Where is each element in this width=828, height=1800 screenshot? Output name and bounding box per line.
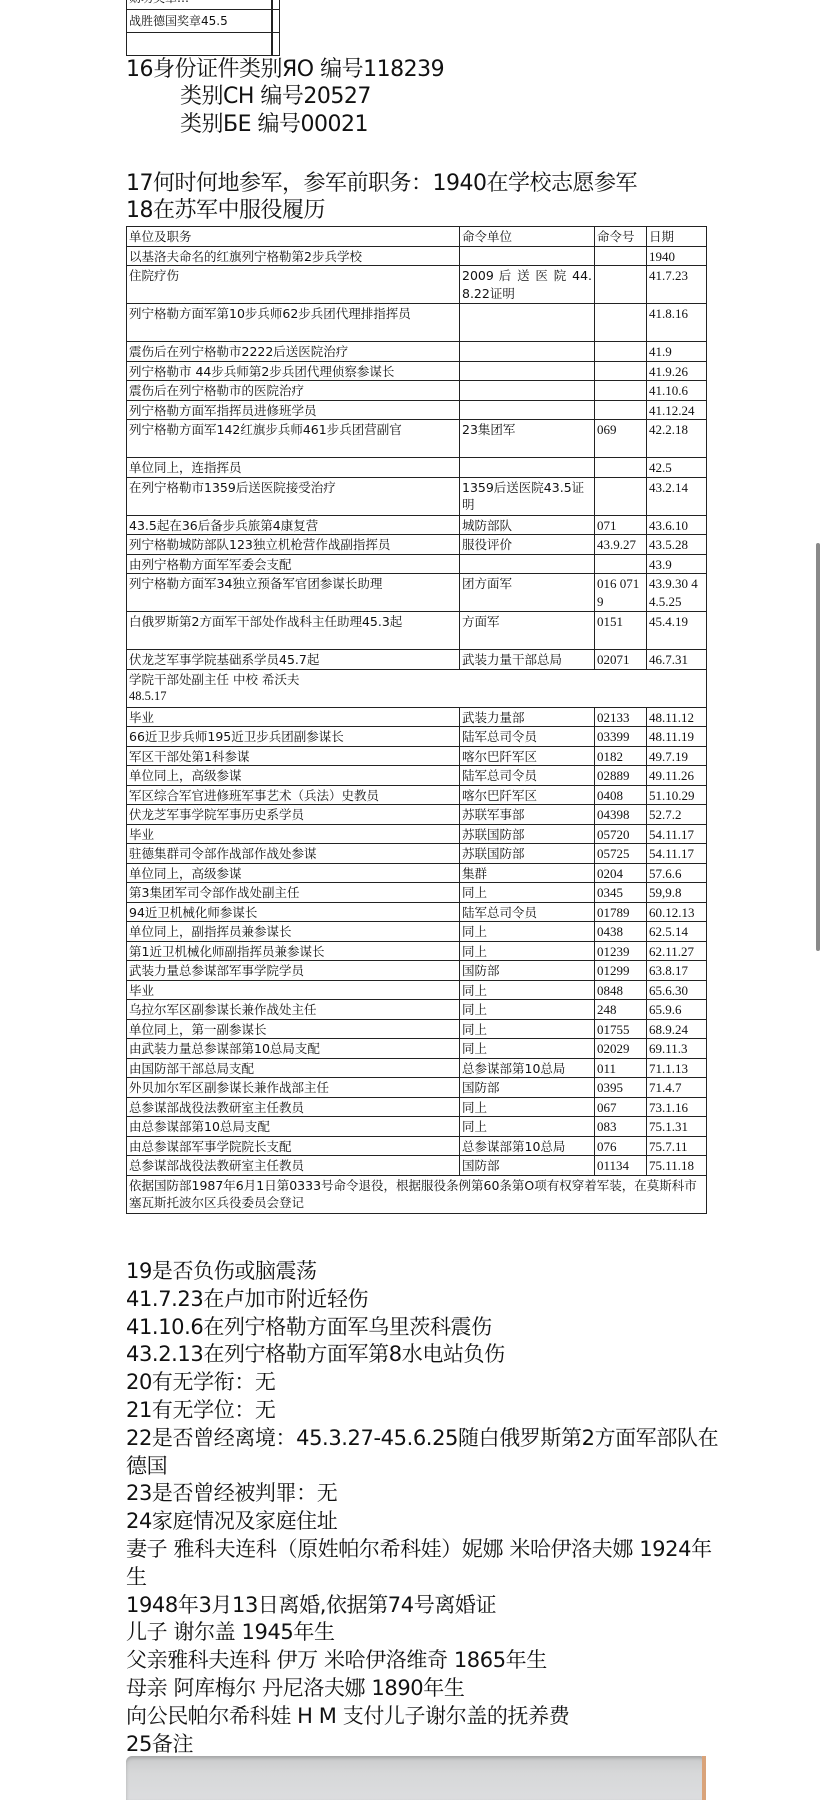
unit-position-cell: 白俄罗斯第2方面军干部处作战科主任助理45.3起 <box>127 612 460 650</box>
order-unit-cell <box>460 458 595 478</box>
wound-item: 41.10.6在列宁格勒方面军乌里茨科震伤 <box>126 1314 726 1342</box>
date-cell: 42.2.18 <box>647 420 707 458</box>
order-unit-cell: 同上 <box>460 883 595 903</box>
order-number-cell: 071 <box>595 515 647 535</box>
unit-position-cell: 军区干部处第1科参谋 <box>127 746 460 766</box>
order-unit-cell: 陆军总司令员 <box>460 902 595 922</box>
unit-position-cell: 单位同上，连指挥员 <box>127 458 460 478</box>
personal-info-section: 19是否负伤或脑震荡 41.7.23在卢加市附近轻伤 41.10.6在列宁格勒方… <box>126 1258 726 1758</box>
family-line: 1948年3月13日离婚,依据第74号离婚证 <box>126 1592 726 1620</box>
date-cell: 54.11.17 <box>647 824 707 844</box>
table-row: 毕业苏联国防部0572054.11.17 <box>127 824 707 844</box>
table-row: 军区干部处第1科参谋喀尔巴阡军区018249.7.19 <box>127 746 707 766</box>
table-row: 毕业武装力量部0213348.11.12 <box>127 707 707 727</box>
awards-table: 勋功奖章… 战胜德国奖章45.5 <box>126 0 280 56</box>
order-unit-cell: 国防部 <box>460 961 595 981</box>
order-unit-cell <box>460 246 595 266</box>
table-row: 由总参谋部军事学院院长支配总参谋部第10总局07675.7.11 <box>127 1136 707 1156</box>
order-number-cell: 02029 <box>595 1039 647 1059</box>
order-unit-cell: 同上 <box>460 1019 595 1039</box>
document-page: 勋功奖章… 战胜德国奖章45.5 16身份证件类别ЯО 编号118239 类别С… <box>0 0 828 1800</box>
order-number-cell <box>595 400 647 420</box>
award-spacer-cell <box>272 33 280 56</box>
column-header: 单位及职务 <box>127 227 460 247</box>
order-unit-cell: 武装力量部 <box>460 707 595 727</box>
date-cell: 41.12.24 <box>647 400 707 420</box>
order-number-cell <box>595 361 647 381</box>
order-unit-cell <box>460 554 595 574</box>
table-row: 列宁格勒方面军指挥员进修班学员41.12.24 <box>127 400 707 420</box>
wound-item: 43.2.13在列宁格勒方面军第8水电站负伤 <box>126 1341 726 1369</box>
order-unit-cell: 陆军总司令员 <box>460 766 595 786</box>
date-cell: 62.11.27 <box>647 941 707 961</box>
table-row: 单位同上，副指挥员兼参谋长同上043862.5.14 <box>127 922 707 942</box>
order-unit-cell: 喀尔巴阡军区 <box>460 785 595 805</box>
service-history-body: 单位及职务命令单位命令号日期以基洛夫命名的红旗列宁格勒第2步兵学校1940住院疗… <box>127 227 707 1214</box>
table-header-row: 单位及职务命令单位命令号日期 <box>127 227 707 247</box>
order-unit-cell: 同上 <box>460 1000 595 1020</box>
date-cell: 43.6.10 <box>647 515 707 535</box>
order-unit-cell: 同上 <box>460 980 595 1000</box>
table-row: 总参谋部战役法教研室主任教员国防部0113475.11.18 <box>127 1156 707 1176</box>
order-unit-cell: 总参谋部第10总局 <box>460 1058 595 1078</box>
date-cell: 52.7.2 <box>647 805 707 825</box>
order-unit-cell: 城防部队 <box>460 515 595 535</box>
retirement-note-row: 依据国防部1987年6月1日第0333号命令退役，根据服役条例第60条第O项有权… <box>127 1175 707 1213</box>
order-number-cell <box>595 458 647 478</box>
table-row: 在列宁格勒市1359后送医院接受治疗1359后送医院43.5证明43.2.14 <box>127 477 707 515</box>
family-line: 妻子 雅科夫连科（原姓帕尔希科娃）妮娜 米哈伊洛夫娜 1924年生 <box>126 1536 726 1592</box>
column-header: 命令单位 <box>460 227 595 247</box>
order-unit-cell: 喀尔巴阡军区 <box>460 746 595 766</box>
date-cell: 43.9.30 44.5.25 <box>647 574 707 612</box>
date-cell: 68.9.24 <box>647 1019 707 1039</box>
unit-position-cell: 伏龙芝军事学院军事历史系学员 <box>127 805 460 825</box>
unit-position-cell: 震伤后在列宁格勒市2222后送医院治疗 <box>127 342 460 362</box>
date-cell: 51.10.29 <box>647 785 707 805</box>
date-cell: 42.5 <box>647 458 707 478</box>
order-unit-cell: 同上 <box>460 941 595 961</box>
order-number-cell: 0204 <box>595 863 647 883</box>
date-cell: 57.6.6 <box>647 863 707 883</box>
table-row: 军区综合军官进修班军事艺术（兵法）史教员喀尔巴阡军区040851.10.29 <box>127 785 707 805</box>
table-row: 由国防部干部总局支配总参谋部第10总局01171.1.13 <box>127 1058 707 1078</box>
order-number-cell: 0151 <box>595 612 647 650</box>
unit-position-cell: 以基洛夫命名的红旗列宁格勒第2步兵学校 <box>127 246 460 266</box>
unit-position-cell: 武装力量总参谋部军事学院学员 <box>127 961 460 981</box>
order-unit-cell: 武装力量干部总局 <box>460 650 595 670</box>
order-unit-cell: 团方面军 <box>460 574 595 612</box>
unit-position-cell: 由总参谋部第10总局支配 <box>127 1117 460 1137</box>
date-cell: 62.5.14 <box>647 922 707 942</box>
order-number-cell <box>595 304 647 342</box>
unit-position-cell: 由武装力量总参谋部第10总局支配 <box>127 1039 460 1059</box>
date-cell: 43.2.14 <box>647 477 707 515</box>
date-cell: 41.9.26 <box>647 361 707 381</box>
table-row: 毕业同上084865.6.30 <box>127 980 707 1000</box>
table-row: 94近卫机械化师参谋长陆军总司令员0178960.12.13 <box>127 902 707 922</box>
academic-rank-line: 20有无学衔：无 <box>126 1369 726 1397</box>
order-number-cell: 01299 <box>595 961 647 981</box>
unit-position-cell: 毕业 <box>127 980 460 1000</box>
order-number-cell <box>595 342 647 362</box>
order-number-cell: 248 <box>595 1000 647 1020</box>
order-number-cell: 069 <box>595 420 647 458</box>
order-unit-cell: 1359后送医院43.5证明 <box>460 477 595 515</box>
order-unit-cell: 同上 <box>460 1117 595 1137</box>
table-row: 由列宁格勒方面军军委会支配43.9 <box>127 554 707 574</box>
order-unit-cell: 国防部 <box>460 1078 595 1098</box>
table-row: 单位同上，高级参谋集群020457.6.6 <box>127 863 707 883</box>
unit-position-cell: 震伤后在列宁格勒市的医院治疗 <box>127 381 460 401</box>
date-cell: 48.11.19 <box>647 727 707 747</box>
date-cell: 49.7.19 <box>647 746 707 766</box>
order-number-cell: 0408 <box>595 785 647 805</box>
order-number-cell: 083 <box>595 1117 647 1137</box>
order-number-cell: 03399 <box>595 727 647 747</box>
date-cell: 59,9.8 <box>647 883 707 903</box>
family-line: 父亲雅科夫连科 伊万 米哈伊洛维奇 1865年生 <box>126 1647 726 1675</box>
retirement-note-cell: 依据国防部1987年6月1日第0333号命令退役，根据服役条例第60条第O项有权… <box>127 1175 707 1213</box>
table-row: 伏龙芝军事学院基础系学员45.7起武装力量干部总局0207146.7.31 <box>127 650 707 670</box>
table-row: 列宁格勒城防部队123独立机枪营作战副指挥员服役评价43.9.2743.5.28 <box>127 535 707 555</box>
unit-position-cell: 伏龙芝军事学院基础系学员45.7起 <box>127 650 460 670</box>
order-unit-cell: 集群 <box>460 863 595 883</box>
order-number-cell: 0345 <box>595 883 647 903</box>
unit-position-cell: 总参谋部战役法教研室主任教员 <box>127 1156 460 1176</box>
date-cell: 41.8.16 <box>647 304 707 342</box>
order-unit-cell: 服役评价 <box>460 535 595 555</box>
order-number-cell: 01239 <box>595 941 647 961</box>
column-header: 命令号 <box>595 227 647 247</box>
order-unit-cell <box>460 342 595 362</box>
wounds-title: 19是否负伤或脑震荡 <box>126 1258 726 1286</box>
order-number-cell: 076 <box>595 1136 647 1156</box>
unit-position-cell: 列宁格勒方面军34独立预备军官团参谋长助理 <box>127 574 460 612</box>
table-row: 第3集团军司令部作战处副主任同上034559,9.8 <box>127 883 707 903</box>
order-unit-cell: 陆军总司令员 <box>460 727 595 747</box>
table-row: 总参谋部战役法教研室主任教员同上06773.1.16 <box>127 1097 707 1117</box>
order-number-cell: 04398 <box>595 805 647 825</box>
family-line: 儿子 谢尔盖 1945年生 <box>126 1619 726 1647</box>
order-unit-cell: 2009 后 送 医 院 44.8.22证明 <box>460 266 595 304</box>
enlistment-line: 17何时何地参军，参军前职务：1940在学校志愿参军 <box>126 171 637 197</box>
date-cell: 43.5.28 <box>647 535 707 555</box>
order-unit-cell <box>460 400 595 420</box>
unit-position-cell: 外贝加尔军区副参谋长兼作战部主任 <box>127 1078 460 1098</box>
table-row: 武装力量总参谋部军事学院学员国防部0129963.8.17 <box>127 961 707 981</box>
table-row: 单位同上，第一副参谋长同上0175568.9.24 <box>127 1019 707 1039</box>
unit-position-cell: 列宁格勒方面军指挥员进修班学员 <box>127 400 460 420</box>
order-number-cell: 0182 <box>595 746 647 766</box>
order-number-cell: 01789 <box>595 902 647 922</box>
order-number-cell: 05720 <box>595 824 647 844</box>
unit-position-cell: 第3集团军司令部作战处副主任 <box>127 883 460 903</box>
unit-position-cell: 列宁格勒方面军142红旗步兵师461步兵团营副官 <box>127 420 460 458</box>
date-cell: 41.7.23 <box>647 266 707 304</box>
order-number-cell: 05725 <box>595 844 647 864</box>
unit-position-cell: 由列宁格勒方面军军委会支配 <box>127 554 460 574</box>
service-history-title: 18在苏军中服役履历 <box>126 198 325 224</box>
service-history-table: 单位及职务命令单位命令号日期以基洛夫命名的红旗列宁格勒第2步兵学校1940住院疗… <box>126 226 707 1214</box>
unit-position-cell: 列宁格勒方面军第10步兵师62步兵团代理排指挥员 <box>127 304 460 342</box>
order-number-cell <box>595 246 647 266</box>
award-spacer-cell <box>272 10 280 33</box>
award-row <box>127 33 280 56</box>
order-number-cell: 43.9.27 <box>595 535 647 555</box>
order-number-cell <box>595 554 647 574</box>
vertical-scrollbar[interactable] <box>816 543 820 951</box>
table-row: 驻德集群司令部作战部作战处参谋苏联国防部0572554.11.17 <box>127 844 707 864</box>
order-unit-cell: 同上 <box>460 1097 595 1117</box>
family-line: 向公民帕尔希科娃 H M 支付儿子谢尔盖的抚养费 <box>126 1703 726 1731</box>
unit-position-cell: 列宁格勒市 44步兵师第2步兵团代理侦察参谋长 <box>127 361 460 381</box>
date-cell: 65.9.6 <box>647 1000 707 1020</box>
order-number-cell: 02133 <box>595 707 647 727</box>
column-header: 日期 <box>647 227 707 247</box>
unit-position-cell: 住院疗伤 <box>127 266 460 304</box>
order-number-cell <box>595 477 647 515</box>
photo-edge <box>702 1756 706 1800</box>
table-row: 由总参谋部第10总局支配同上08375.1.31 <box>127 1117 707 1137</box>
unit-position-cell: 单位同上，副指挥员兼参谋长 <box>127 922 460 942</box>
unit-position-cell: 43.5起在36后备步兵旅第4康复营 <box>127 515 460 535</box>
order-unit-cell <box>460 304 595 342</box>
table-row: 单位同上，连指挥员42.5 <box>127 458 707 478</box>
id-docs-line-3: 类别БЕ 编号00021 <box>180 112 368 138</box>
order-number-cell: 02071 <box>595 650 647 670</box>
order-number-cell: 01134 <box>595 1156 647 1176</box>
table-row: 白俄罗斯第2方面军干部处作战科主任助理45.3起方面军015145.4.19 <box>127 612 707 650</box>
award-row: 战胜德国奖章45.5 <box>127 10 280 33</box>
unit-position-cell: 第1近卫机械化师副指挥员兼参谋长 <box>127 941 460 961</box>
order-unit-cell: 苏联军事部 <box>460 805 595 825</box>
table-row: 住院疗伤2009 后 送 医 院 44.8.22证明41.7.23 <box>127 266 707 304</box>
table-row: 由武装力量总参谋部第10总局支配同上0202969.11.3 <box>127 1039 707 1059</box>
order-unit-cell: 苏联国防部 <box>460 844 595 864</box>
unit-position-cell: 驻德集群司令部作战部作战处参谋 <box>127 844 460 864</box>
academic-degree-line: 21有无学位：无 <box>126 1397 726 1425</box>
date-cell: 75.7.11 <box>647 1136 707 1156</box>
unit-position-cell: 单位同上，高级参谋 <box>127 766 460 786</box>
date-cell: 41.9 <box>647 342 707 362</box>
table-row: 震伤后在列宁格勒市2222后送医院治疗41.9 <box>127 342 707 362</box>
date-cell: 75.1.31 <box>647 1117 707 1137</box>
order-number-cell: 016 0719 <box>595 574 647 612</box>
family-title: 24家庭情况及家庭住址 <box>126 1508 726 1536</box>
order-unit-cell <box>460 381 595 401</box>
table-row: 以基洛夫命名的红旗列宁格勒第2步兵学校1940 <box>127 246 707 266</box>
remarks-title: 25备注 <box>126 1731 726 1759</box>
award-row: 勋功奖章… <box>127 0 280 10</box>
order-number-cell: 0395 <box>595 1078 647 1098</box>
order-number-cell: 02889 <box>595 766 647 786</box>
order-number-cell: 011 <box>595 1058 647 1078</box>
unit-position-cell: 乌拉尔军区副参谋长兼作战处主任 <box>127 1000 460 1020</box>
table-row: 第1近卫机械化师副指挥员兼参谋长同上0123962.11.27 <box>127 941 707 961</box>
date-cell: 60.12.13 <box>647 902 707 922</box>
table-row: 乌拉尔军区副参谋长兼作战处主任同上24865.9.6 <box>127 1000 707 1020</box>
id-docs-line-1: 16身份证件类别ЯО 编号118239 <box>126 57 444 83</box>
date-cell: 71.1.13 <box>647 1058 707 1078</box>
order-number-cell: 0848 <box>595 980 647 1000</box>
date-cell: 69.11.3 <box>647 1039 707 1059</box>
unit-position-cell: 单位同上，高级参谋 <box>127 863 460 883</box>
unit-position-cell: 列宁格勒城防部队123独立机枪营作战副指挥员 <box>127 535 460 555</box>
unit-position-cell: 毕业 <box>127 824 460 844</box>
family-line: 母亲 阿库梅尔 丹尼洛夫娜 1890年生 <box>126 1675 726 1703</box>
abroad-line: 22是否曾经离境：45.3.27-45.6.25随白俄罗斯第2方面军部队在德国 <box>126 1425 726 1481</box>
unit-position-cell: 由总参谋部军事学院院长支配 <box>127 1136 460 1156</box>
unit-position-cell: 在列宁格勒市1359后送医院接受治疗 <box>127 477 460 515</box>
document-photo <box>126 1756 706 1800</box>
conviction-line: 23是否曾经被判罪：无 <box>126 1480 726 1508</box>
table-row: 43.5起在36后备步兵旅第4康复营城防部队07143.6.10 <box>127 515 707 535</box>
order-unit-cell: 苏联国防部 <box>460 824 595 844</box>
unit-position-cell: 单位同上，第一副参谋长 <box>127 1019 460 1039</box>
unit-position-cell: 军区综合军官进修班军事艺术（兵法）史教员 <box>127 785 460 805</box>
date-cell: 71.4.7 <box>647 1078 707 1098</box>
unit-position-cell: 总参谋部战役法教研室主任教员 <box>127 1097 460 1117</box>
table-row: 列宁格勒市 44步兵师第2步兵团代理侦察参谋长41.9.26 <box>127 361 707 381</box>
order-unit-cell: 23集团军 <box>460 420 595 458</box>
date-cell: 65.6.30 <box>647 980 707 1000</box>
date-cell: 43.9 <box>647 554 707 574</box>
table-row: 列宁格勒方面军142红旗步兵师461步兵团营副官23集团军06942.2.18 <box>127 420 707 458</box>
order-unit-cell <box>460 361 595 381</box>
date-cell: 75.11.18 <box>647 1156 707 1176</box>
order-unit-cell: 总参谋部第10总局 <box>460 1136 595 1156</box>
unit-position-cell: 94近卫机械化师参谋长 <box>127 902 460 922</box>
date-cell: 49.11.26 <box>647 766 707 786</box>
order-number-cell: 067 <box>595 1097 647 1117</box>
date-cell: 54.11.17 <box>647 844 707 864</box>
award-spacer-cell <box>272 0 280 10</box>
table-row: 外贝加尔军区副参谋长兼作战部主任国防部039571.4.7 <box>127 1078 707 1098</box>
date-cell: 41.10.6 <box>647 381 707 401</box>
date-cell: 63.8.17 <box>647 961 707 981</box>
table-row: 震伤后在列宁格勒市的医院治疗41.10.6 <box>127 381 707 401</box>
academy-note-cell: 学院干部处副主任 中校 希沃夫48.5.17 <box>127 669 707 707</box>
academy-note-line: 学院干部处副主任 中校 希沃夫 <box>129 671 704 689</box>
order-number-cell <box>595 381 647 401</box>
date-cell: 46.7.31 <box>647 650 707 670</box>
award-cell <box>127 33 273 56</box>
table-row: 单位同上，高级参谋陆军总司令员0288949.11.26 <box>127 766 707 786</box>
order-number-cell <box>595 266 647 304</box>
table-row: 伏龙芝军事学院军事历史系学员苏联军事部0439852.7.2 <box>127 805 707 825</box>
order-unit-cell: 国防部 <box>460 1156 595 1176</box>
table-row: 66近卫步兵师195近卫步兵团副参谋长陆军总司令员0339948.11.19 <box>127 727 707 747</box>
unit-position-cell: 毕业 <box>127 707 460 727</box>
award-cell: 战胜德国奖章45.5 <box>127 10 273 33</box>
date-cell: 48.11.12 <box>647 707 707 727</box>
date-cell: 1940 <box>647 246 707 266</box>
order-unit-cell: 同上 <box>460 922 595 942</box>
table-row: 列宁格勒方面军34独立预备军官团参谋长助理团方面军016 071943.9.30… <box>127 574 707 612</box>
id-docs-line-2: 类别СН 编号20527 <box>180 84 371 110</box>
academy-note-row: 学院干部处副主任 中校 希沃夫48.5.17 <box>127 669 707 707</box>
date-cell: 45.4.19 <box>647 612 707 650</box>
order-unit-cell: 同上 <box>460 1039 595 1059</box>
date-cell: 73.1.16 <box>647 1097 707 1117</box>
order-number-cell: 0438 <box>595 922 647 942</box>
wound-item: 41.7.23在卢加市附近轻伤 <box>126 1286 726 1314</box>
order-unit-cell: 方面军 <box>460 612 595 650</box>
order-number-cell: 01755 <box>595 1019 647 1039</box>
unit-position-cell: 66近卫步兵师195近卫步兵团副参谋长 <box>127 727 460 747</box>
award-cell: 勋功奖章… <box>127 0 273 10</box>
academy-note-date: 48.5.17 <box>129 688 704 706</box>
unit-position-cell: 由国防部干部总局支配 <box>127 1058 460 1078</box>
table-row: 列宁格勒方面军第10步兵师62步兵团代理排指挥员41.8.16 <box>127 304 707 342</box>
